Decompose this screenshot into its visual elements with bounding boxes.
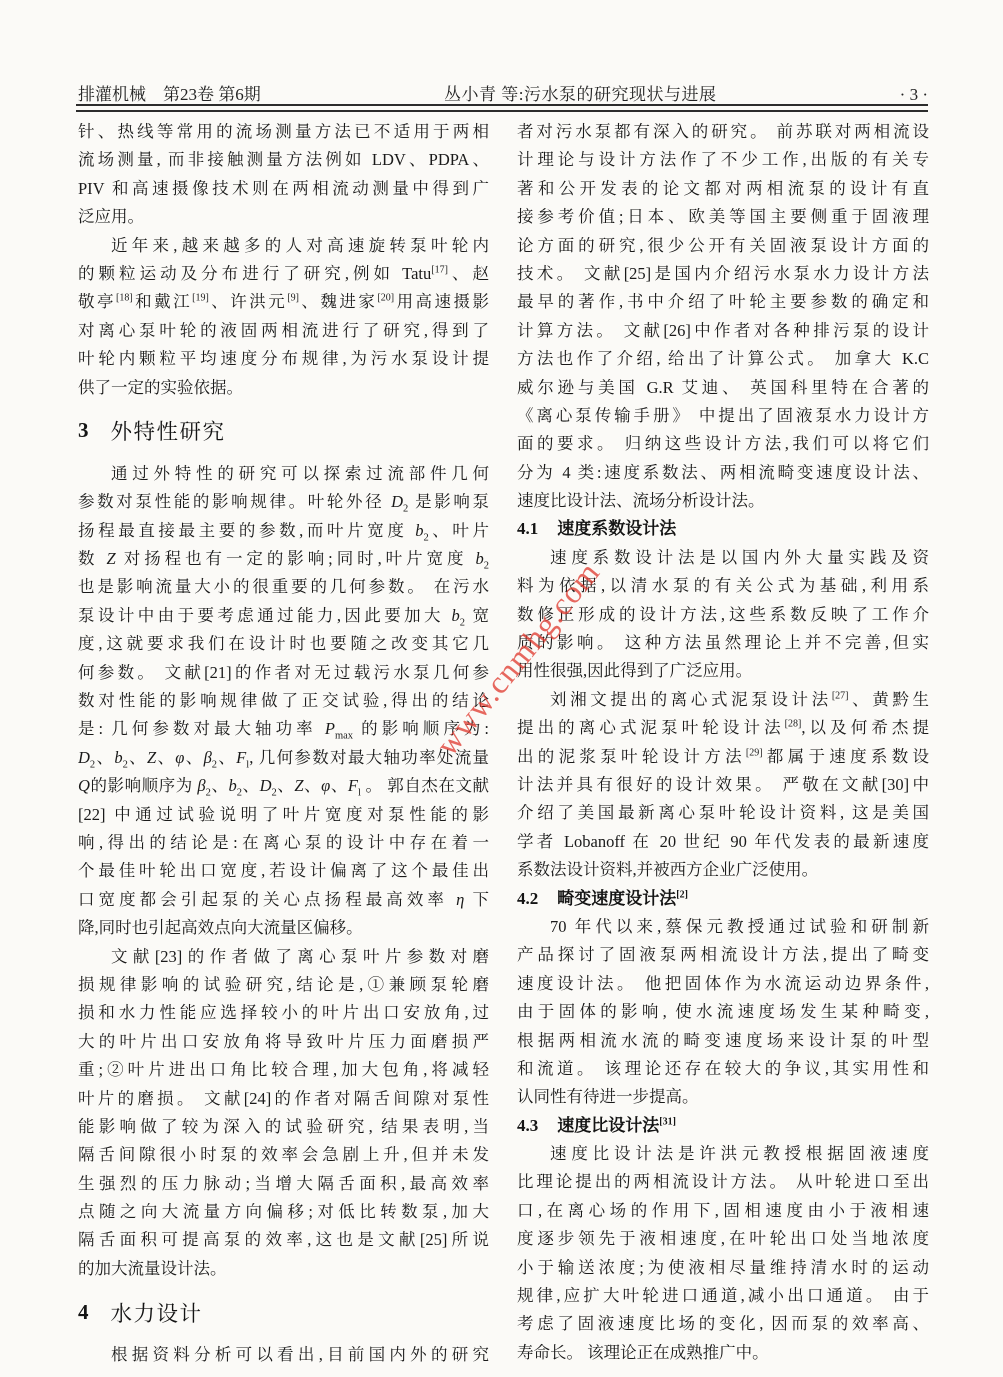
heading-text: 速度比设计法[31] xyxy=(557,1116,676,1135)
body-line: 流场测量, 而非接触测量方法例如 LDV、PDPA、 xyxy=(78,146,489,174)
body-line: 泵设计中由于要考虑通过能力,因此要加大 b2 宽 xyxy=(78,602,489,630)
running-title: 丛小青 等:污水泵的研究现状与进展 xyxy=(444,80,716,105)
section-heading: 3外特性研究 xyxy=(78,402,489,460)
body-line: 系数法设计资料,并被西方企业广泛使用。 xyxy=(517,856,929,884)
body-line: 损和水力性能应选择较小的叶片出口安放角,过 xyxy=(78,999,489,1027)
body-line: 数对性能的影响规律做了正交试验,得出的结论 xyxy=(78,687,489,715)
body-line: 叶轮内颗粒平均速度分布规律,为污水泵设计提 xyxy=(78,345,489,373)
body-line: 度逐步领先于液相速度,在叶轮出口处当地浓度 xyxy=(517,1225,929,1253)
body-line: 论方面的研究,很少公开有关固液泵设计方面的 xyxy=(517,232,929,260)
body-line: 速度设计法。 他把固体作为水流运动边界条件, xyxy=(517,970,929,998)
body-line: 产品探讨了固液泵两相流设计方法,提出了畸变 xyxy=(517,941,929,969)
body-line: [22] 中通过试验说明了叶片宽度对泵性能的影 xyxy=(78,801,489,829)
right-column: 者对污水泵都有深入的研究。 前苏联对两相流设计理论与设计方法作了不少工作,出版的… xyxy=(517,118,929,1367)
body-line: 介绍了美国最新离心泵叶轮设计资料, 这是美国 xyxy=(517,799,929,827)
body-line: 隔舌面积可提高泵的效率,这也是文献[25]所说 xyxy=(78,1226,489,1254)
body-line: Q的影响顺序为 β2、b2、D2、Z、φ、Fl 。 郭自杰在文献 xyxy=(78,772,489,800)
body-line: 根据资料分析可以看出,目前国内外的研究 xyxy=(78,1341,489,1369)
body-line: 点随之向大流量方向偏移;对低比转数泵,加大 xyxy=(78,1198,489,1226)
body-line: 最早的著作,书中介绍了叶轮主要参数的确定和 xyxy=(517,288,929,316)
page-number: · 3 · xyxy=(900,85,928,105)
body-line: 供了一定的实验依据。 xyxy=(78,374,489,402)
body-line: 比理论提出的两相流设计方法。 从叶轮进口至出 xyxy=(517,1168,929,1196)
body-line: 小于输送浓度;为使液相尽量维持清水时的运动 xyxy=(517,1254,929,1282)
body-line: 扬程最直接最主要的参数,而叶片宽度 b2、叶片 xyxy=(78,517,489,545)
body-line: 生强烈的压力脉动;当增大隔舌面积,最高效率 xyxy=(78,1170,489,1198)
body-line: 的颗粒运动及分布进行了研究,例如 Tatu[17]、赵 xyxy=(78,260,489,288)
body-line: 也是影响流量大小的很重要的几何参数。 在污水 xyxy=(78,573,489,601)
body-line: 口,在离心场的作用下,固相速度由小于液相速 xyxy=(517,1197,929,1225)
body-line: 响,得出的结论是:在离心泵的设计中存在着一 xyxy=(78,829,489,857)
body-line: 料为依据,以清水泵的有关公式为基础,利用系 xyxy=(517,572,929,600)
body-line: 大的叶片出口安放角将导致叶片压力面磨损严 xyxy=(78,1028,489,1056)
body-line: 口宽度都会引起泵的关心点扬程最高效率 η 下 xyxy=(78,886,489,914)
body-line: 计法并具有很好的设计效果。 严敬在文献[30]中 xyxy=(517,771,929,799)
body-line: 提出的离心式泥泵叶轮设计法[28],以及何希杰提 xyxy=(517,714,929,742)
body-line: 寿命长。 该理论正在成熟推广中。 xyxy=(517,1339,929,1367)
section-heading: 4水力设计 xyxy=(78,1283,489,1341)
body-line: 数修正形成的设计方法,这些系数反映了工作介 xyxy=(517,601,929,629)
body-line: 计算方法。 文献[26]中作者对各种排污泵的设计 xyxy=(517,317,929,345)
subsection-heading: 4.1速度系数设计法 xyxy=(517,515,929,543)
body-line: 刘湘文提出的离心式泥泵设计法[27]、黄黔生 xyxy=(517,686,929,714)
body-line: 近年来,越来越多的人对高速旋转泵叶轮内 xyxy=(78,232,489,260)
body-line: PIV 和高速摄像技术则在两相流动测量中得到广 xyxy=(78,175,489,203)
heading-number: 4.1 xyxy=(517,519,538,538)
heading-text: 速度系数设计法 xyxy=(557,519,676,538)
body-line: 出的泥浆泵叶轮设计方法[29]都属于速度系数设 xyxy=(517,743,929,771)
body-line: 的加大流量设计法。 xyxy=(78,1255,489,1283)
body-line: 泛应用。 xyxy=(78,203,489,231)
body-line: 学者 Lobanoff 在 20 世纪 90 年代发表的最新速度 xyxy=(517,828,929,856)
body-line: 计理论与设计方法作了不少工作,出版的有关专 xyxy=(517,146,929,174)
left-column: 针、热线等常用的流场测量方法已不适用于两相流场测量, 而非接触测量方法例如 LD… xyxy=(78,118,489,1370)
body-line: 速度比设计法、流场分析设计法。 xyxy=(517,487,929,515)
body-line: 分为 4 类:速度系数法、两相流畸变速度设计法、 xyxy=(517,459,929,487)
subsection-heading: 4.2畸变速度设计法[2] xyxy=(517,885,929,913)
paper-page: 排灌机械 第23卷 第6期 丛小青 等:污水泵的研究现状与进展 · 3 · 针、… xyxy=(0,0,1003,1377)
body-line: 是: 几何参数对最大轴功率 Pmax 的影响顺序为: xyxy=(78,715,489,743)
body-line: 通过外特性的研究可以探索过流部件几何 xyxy=(78,460,489,488)
body-line: 对离心泵叶轮的液固两相流进行了研究,得到了 xyxy=(78,317,489,345)
body-line: 隔舌间隙很小时泵的效率会急剧上升,但并未发 xyxy=(78,1141,489,1169)
body-line: 质的影响。 这种方法虽然理论上并不完善,但实 xyxy=(517,629,929,657)
body-line: 损规律影响的试验研究,结论是,①兼顾泵轮磨 xyxy=(78,971,489,999)
body-line: 著和公开发表的论文都对两相流泵的设计有直 xyxy=(517,175,929,203)
heading-text: 畸变速度设计法[2] xyxy=(557,889,688,908)
journal-info: 排灌机械 第23卷 第6期 xyxy=(78,80,261,105)
heading-number: 4 xyxy=(78,1300,89,1325)
body-line: 《离心泵传输手册》 中提出了固液泵水力设计方 xyxy=(517,402,929,430)
body-line: 技术。 文献[25]是国内介绍污水泵水力设计方法 xyxy=(517,260,929,288)
body-line: 由于固体的影响, 使水流速度场发生某种畸变, xyxy=(517,998,929,1026)
body-line: 认同性有待进一步提高。 xyxy=(517,1083,929,1111)
heading-number: 3 xyxy=(78,418,89,443)
body-line: 能影响做了较为深入的试验研究, 结果表明,当 xyxy=(78,1113,489,1141)
body-line: 规律,应扩大叶轮进口通道,减小出口通道。 由于 xyxy=(517,1282,929,1310)
body-line: 面的要求。 归纳这些设计方法,我们可以将它们 xyxy=(517,430,929,458)
body-line: 重;②叶片进出口角比较合理,加大包角,将减轻 xyxy=(78,1056,489,1084)
body-line: 针、热线等常用的流场测量方法已不适用于两相 xyxy=(78,118,489,146)
page-header: 排灌机械 第23卷 第6期 丛小青 等:污水泵的研究现状与进展 · 3 · xyxy=(78,80,928,105)
body-line: 叶片的磨损。 文献[24]的作者对隔舌间隙对泵性 xyxy=(78,1085,489,1113)
body-line: 速度系数设计法是以国内外大量实践及资 xyxy=(517,544,929,572)
body-line: 敬亭[18]和戴江[19]、许洪元[9]、魏进家[20]用高速摄影 xyxy=(78,288,489,316)
body-line: 方法也作了介绍, 给出了计算公式。 加拿大 K.C xyxy=(517,345,929,373)
body-line: 和流道。 该理论还存在较大的争议,其实用性和 xyxy=(517,1055,929,1083)
body-line: 考虑了固液速度比场的变化, 因而泵的效率高、 xyxy=(517,1310,929,1338)
body-line: 数 Z 对扬程也有一定的影响;同时,叶片宽度 b2 xyxy=(78,545,489,573)
heading-number: 4.3 xyxy=(517,1116,538,1135)
body-line: 者对污水泵都有深入的研究。 前苏联对两相流设 xyxy=(517,118,929,146)
body-line: 威尔逊与美国 G.R 艾迪、 英国科里特在合著的 xyxy=(517,374,929,402)
body-line: 度,这就要求我们在设计时也要随之改变其它几 xyxy=(78,630,489,658)
heading-number: 4.2 xyxy=(517,889,538,908)
body-line: 根据两相流水流的畸变速度场来设计泵的叶型 xyxy=(517,1027,929,1055)
body-line: 文献[23]的作者做了离心泵叶片参数对磨 xyxy=(78,943,489,971)
heading-text: 外特性研究 xyxy=(111,415,226,446)
body-line: 用性很强,因此得到了广泛应用。 xyxy=(517,657,929,685)
heading-text: 水力设计 xyxy=(111,1297,203,1328)
body-line: 70 年代以来,蔡保元教授通过试验和研制新 xyxy=(517,913,929,941)
subsection-heading: 4.3速度比设计法[31] xyxy=(517,1112,929,1140)
header-rule xyxy=(76,104,928,112)
body-line: 降,同时也引起高效点向大流量区偏移。 xyxy=(78,914,489,942)
body-line: 何参数。 文献[21]的作者对无过载污水泵几何参 xyxy=(78,659,489,687)
body-line: 个最佳叶轮出口宽度,若设计偏离了这个最佳出 xyxy=(78,857,489,885)
body-line: 速度比设计法是许洪元教授根据固液速度 xyxy=(517,1140,929,1168)
body-line: D2、b2、Z、φ、β2、Fl, 几何参数对最大轴功率处流量 xyxy=(78,744,489,772)
body-line: 接参考价值;日本、欧美等国主要侧重于固液理 xyxy=(517,203,929,231)
body-line: 参数对泵性能的影响规律。叶轮外径 D2 是影响泵 xyxy=(78,488,489,516)
